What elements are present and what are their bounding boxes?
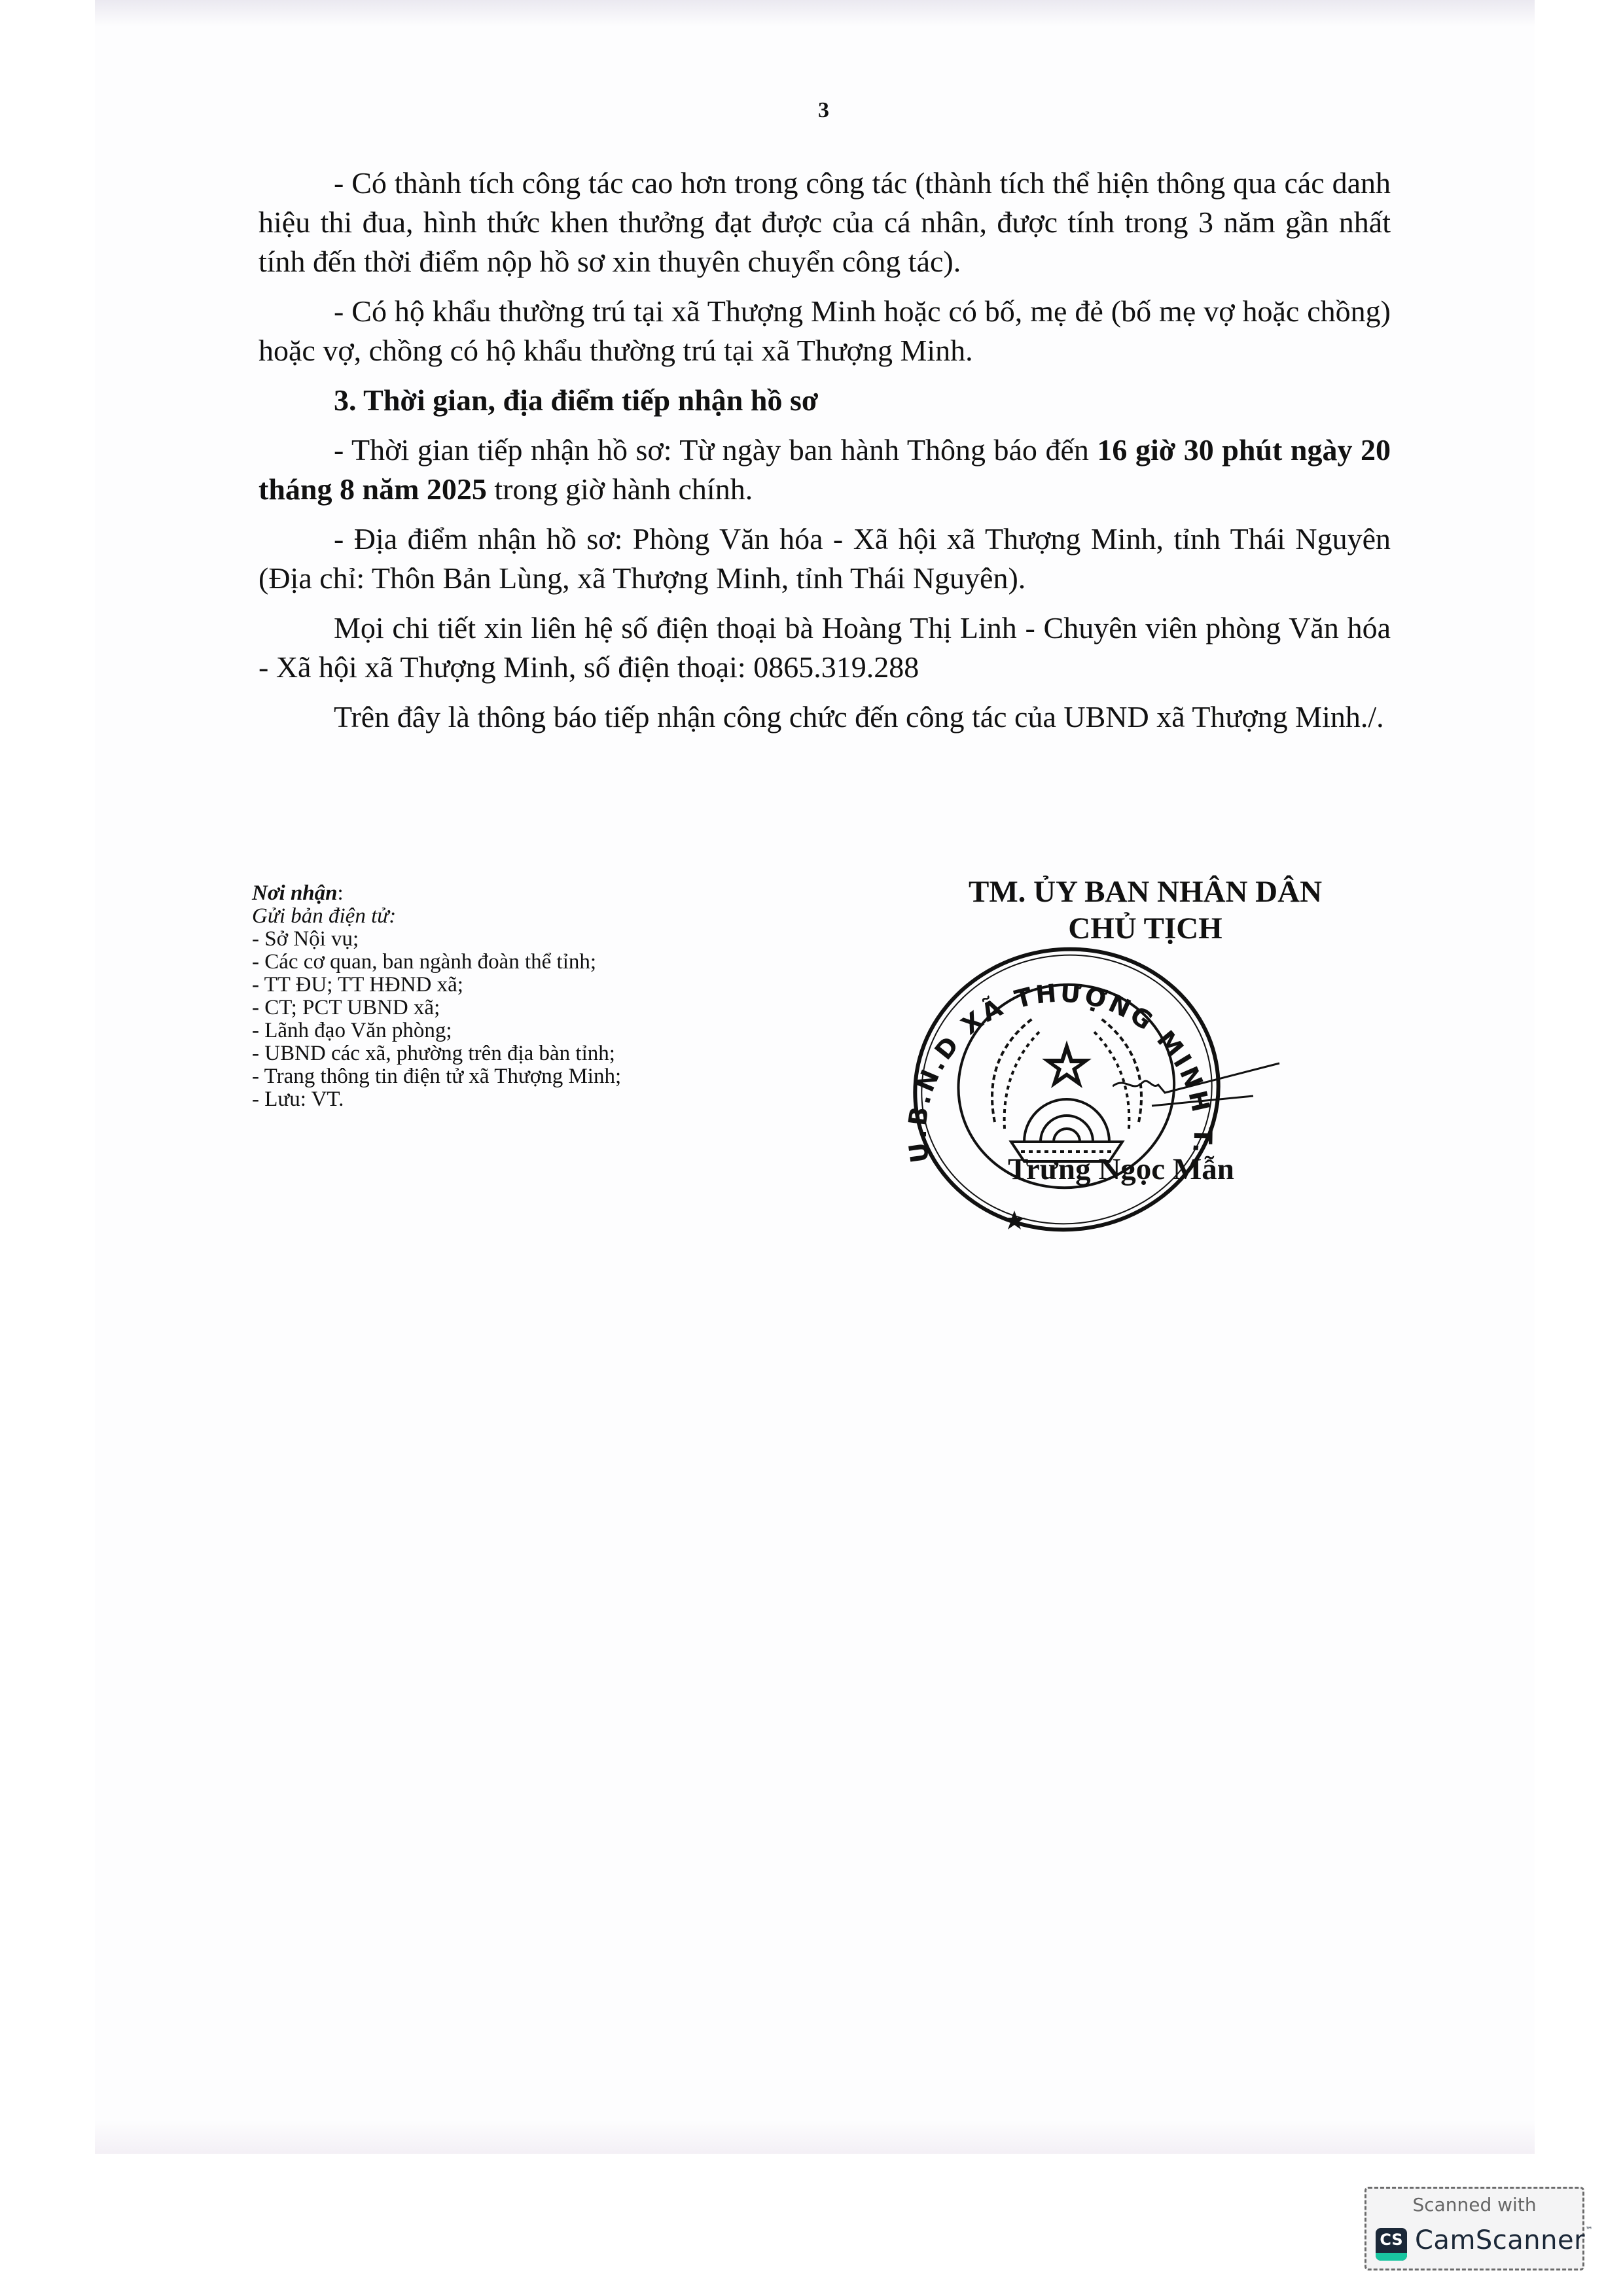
document-body: - Có thành tích công tác cao hơn trong c… xyxy=(259,164,1391,747)
recipient-item: - Lãnh đạo Văn phòng; xyxy=(252,1019,841,1042)
stamp-text: U.B.N.D XÃ THƯỢNG MINH T.THÁI NGUYÊN xyxy=(883,945,1217,1165)
paragraph-residence: - Có hộ khẩu thường trú tại xã Thượng Mi… xyxy=(259,292,1391,370)
camscanner-brand: CamScanner™ xyxy=(1415,2225,1594,2255)
recipient-item: - TT ĐU; TT HĐND xã; xyxy=(252,974,841,997)
signature-title: TM. ỦY BAN NHÂN DÂN CHỦ TỊCH xyxy=(910,874,1381,947)
paragraph-receiving-time: - Thời gian tiếp nhận hồ sơ: Từ ngày ban… xyxy=(259,431,1391,509)
recipients-label: Nơi nhận: xyxy=(252,882,841,905)
handwritten-signature-icon xyxy=(1113,1060,1283,1112)
recipient-item: - Lưu: VT. xyxy=(252,1088,841,1111)
camscanner-logo-icon: CS xyxy=(1376,2228,1407,2261)
camscanner-watermark: Scanned with CS CamScanner™ xyxy=(1364,2187,1584,2270)
scan-edge-bottom xyxy=(95,2120,1535,2154)
signature-line-2: CHỦ TỊCH xyxy=(910,910,1381,947)
signer-name: Trưng Ngọc Mẫn xyxy=(1008,1152,1234,1187)
section-heading-time-place: 3. Thời gian, địa điểm tiếp nhận hồ sơ xyxy=(259,381,1391,420)
receiving-time-suffix: trong giờ hành chính. xyxy=(487,472,753,506)
recipient-item: - Sở Nội vụ; xyxy=(252,928,841,951)
signature-line-1: TM. ỦY BAN NHÂN DÂN xyxy=(910,874,1381,910)
recipient-item: - Các cơ quan, ban ngành đoàn thể tỉnh; xyxy=(252,951,841,974)
page-number: 3 xyxy=(818,98,829,123)
scan-edge-top xyxy=(95,0,1535,26)
recipients-block: Nơi nhận: Gửi bản điện tử: - Sở Nội vụ; … xyxy=(252,882,841,1111)
paragraph-contact: Mọi chi tiết xin liên hệ số điện thoại b… xyxy=(259,609,1391,687)
recipient-item: - Trang thông tin điện tử xã Thượng Minh… xyxy=(252,1065,841,1088)
paragraph-receiving-place: - Địa điểm nhận hồ sơ: Phòng Văn hóa - X… xyxy=(259,520,1391,598)
paragraph-closing: Trên đây là thông báo tiếp nhận công chứ… xyxy=(259,698,1391,737)
recipient-item: - CT; PCT UBND xã; xyxy=(252,997,841,1019)
recipients-sublabel: Gửi bản điện tử: xyxy=(252,905,841,928)
receiving-time-prefix: - Thời gian tiếp nhận hồ sơ: Từ ngày ban… xyxy=(334,433,1097,467)
recipient-item: - UBND các xã, phường trên địa bàn tỉnh; xyxy=(252,1042,841,1065)
paragraph-achievement: - Có thành tích công tác cao hơn trong c… xyxy=(259,164,1391,281)
scanned-with-label: Scanned with xyxy=(1366,2194,1582,2216)
